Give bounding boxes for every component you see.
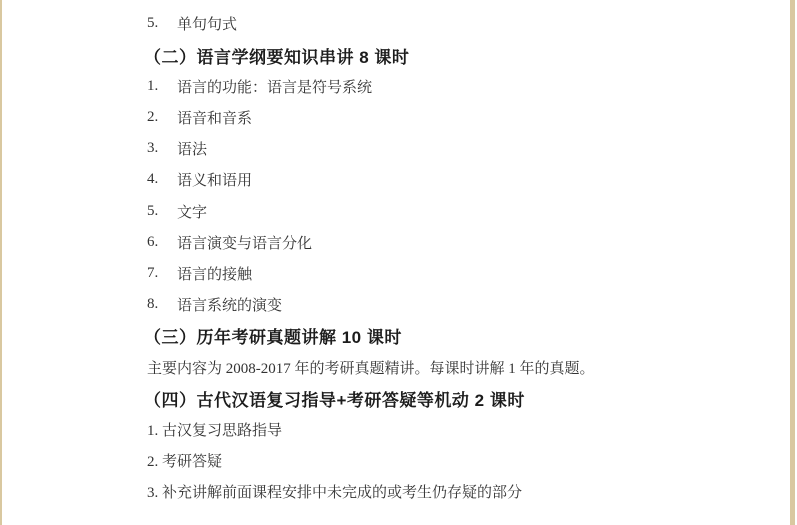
- list-item-number: 5.: [147, 203, 177, 220]
- list-item-number: 4.: [147, 171, 177, 188]
- list-item: 7.语言的接触: [147, 258, 750, 289]
- list-item-text: 语法: [177, 138, 207, 159]
- list-item-number: 8.: [147, 296, 177, 313]
- page: { "page": { "background_color": "#ffffff…: [0, 0, 797, 525]
- list-item: 5.文字: [147, 196, 750, 227]
- list-item: 3.语法: [147, 133, 750, 164]
- paragraph: 3. 补充讲解前面课程安排中未完成的或考生仍存疑的部分: [147, 476, 750, 507]
- section-heading: （四）古代汉语复习指导+考研答疑等机动 2 课时: [144, 383, 750, 414]
- list-item: 1.语言的功能：语言是符号系统: [147, 71, 750, 102]
- list-item: 8.语言系统的演变: [147, 289, 750, 320]
- list-item-text: 语言系统的演变: [177, 294, 282, 315]
- list-item: 6.语言演变与语言分化: [147, 227, 750, 258]
- list-item-number: 1.: [147, 78, 177, 95]
- paragraph: 主要内容为 2008-2017 年的考研真题精讲。每课时讲解 1 年的真题。: [147, 351, 750, 382]
- document-body: 5.单句句式 （二）语言学纲要知识串讲 8 课时 1.语言的功能：语言是符号系统…: [0, 0, 790, 507]
- paragraph: 2. 考研答疑: [147, 445, 750, 476]
- list-item-text: 文字: [177, 201, 207, 222]
- list-item: 2.语音和音系: [147, 102, 750, 133]
- list-item-text: 语言演变与语言分化: [177, 232, 312, 253]
- list-item: 5.单句句式: [147, 8, 750, 39]
- list-item-text: 语音和音系: [177, 107, 252, 128]
- section-heading: （三）历年考研真题讲解 10 课时: [144, 320, 750, 351]
- list-item: 4.语义和语用: [147, 164, 750, 195]
- list-item-text: 单句句式: [177, 13, 237, 34]
- list-item-number: 5.: [147, 15, 177, 32]
- list-item-number: 3.: [147, 140, 177, 157]
- paragraph: 1. 古汉复习思路指导: [147, 414, 750, 445]
- page-right-edge: [790, 0, 795, 525]
- list-item-text: 语言的接触: [177, 263, 252, 284]
- list-item-number: 6.: [147, 234, 177, 251]
- list-item-text: 语言的功能：语言是符号系统: [177, 76, 372, 97]
- list-item-text: 语义和语用: [177, 169, 252, 190]
- section-heading: （二）语言学纲要知识串讲 8 课时: [144, 40, 750, 71]
- list-item-number: 2.: [147, 109, 177, 126]
- list-item-number: 7.: [147, 265, 177, 282]
